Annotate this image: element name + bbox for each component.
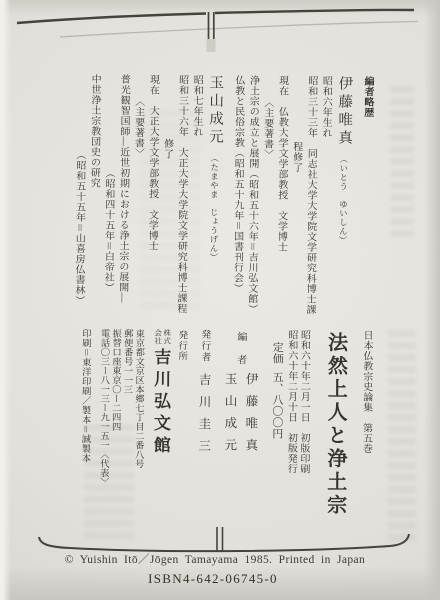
editor2-education: 昭和三十六年 大正大学大学院文学研究科博士課程	[173, 74, 189, 322]
price-value: 五、八〇〇円	[271, 364, 283, 439]
publisher-person-name: 吉川圭三	[197, 363, 212, 461]
editor2-work-1-cont: （昭和四十五年＝白帝社）	[100, 74, 116, 322]
editor2-work-2: 中世浄土宗教団史の研究	[86, 74, 102, 322]
publisher-name: 吉川弘文館	[151, 345, 171, 458]
colophon-section: 日本仏教宗史論集 第五巻 法然上人と浄土宗 昭和六十年二月一日 初版印刷 昭和六…	[76, 328, 372, 524]
ghost-showthrough	[388, 330, 416, 542]
publisher-office-block: 発行所 株式会社吉川弘文館	[147, 329, 187, 523]
editor1-name-column: 伊藤唯真（いとう ゆいしん）	[331, 76, 355, 324]
postal-transfer-account: 振替口座東京〇ー二四四	[108, 329, 121, 523]
book-colophon-photo: 編者略歴 伊藤唯真（いとう ゆいしん） 昭和六年生れ 昭和三十三年 同志社大学大…	[0, 0, 440, 600]
editor2-name-column: 玉山成元（たまやま じょうげん）	[202, 75, 226, 323]
editor1-furigana: （いとう ゆいしん）	[338, 148, 349, 245]
postal-code: 郵便番号一一三	[119, 329, 132, 523]
editor2-position: 現在 大正大学文学部教授 文学博士	[144, 74, 160, 322]
editor2-name: 玉山成元	[207, 75, 224, 147]
publisher-address: 東京都文京区本郷七丁目二番八号	[131, 329, 144, 523]
editor1-work-1: 浄土宗の成立と展開（昭和五十六年＝吉川弘文館）	[244, 75, 260, 323]
isbn-line: ISBN4-642-06745-0	[0, 571, 426, 587]
editors-group: 編者 伊藤唯真 玉山成元	[219, 329, 260, 523]
editor1-work-2: 仏教と民俗宗教（昭和五十九年＝国書刊行会）	[229, 75, 245, 323]
top-rule	[0, 0, 440, 60]
publisher-person-column: 発行者吉川圭三	[193, 329, 214, 523]
printing-binding-credit: 印刷＝東洋印刷／製本＝誠製本	[78, 328, 91, 522]
price: 定価五、八〇〇円	[268, 329, 284, 523]
company-type: 株式会社	[154, 329, 172, 345]
copyright-line: © Yuishin Itō／Jōgen Tamayama 1985. Print…	[0, 551, 430, 567]
first-print-date: 昭和六十年二月一日 初版印刷	[296, 330, 310, 524]
editor2-born: 昭和七年生れ	[188, 75, 204, 323]
editor1-name: 伊藤唯真	[336, 76, 353, 148]
editor-bio-section: 編者略歴 伊藤唯真（いとう ゆいしん） 昭和六年生れ 昭和三十三年 同志社大学大…	[70, 74, 374, 324]
colophon-editor-name-2: 玉山成元	[219, 372, 239, 523]
editor2-works-label: 〈主要著書〉	[129, 74, 145, 322]
publisher-person-label: 発行者	[199, 329, 210, 363]
book-title: 法然上人と浄土宗	[319, 330, 350, 524]
price-label: 定価	[271, 341, 283, 364]
editor2-work-1: 普光観智国師―近世初期における浄土宗の展開―	[115, 74, 131, 322]
editor1-position: 現在 仏教大学文学部教授 文学博士	[273, 75, 289, 323]
editor1-education-cont: 程修了	[288, 75, 304, 323]
series-title: 日本仏教宗史論集 第五巻	[358, 330, 372, 524]
bio-header: 編者略歴	[358, 76, 374, 324]
editor2-education-cont: 修了	[159, 74, 175, 322]
editor2-furigana: （たまやま じょうげん）	[209, 147, 220, 262]
colophon-editor-name-1: 伊藤唯真	[240, 372, 260, 523]
editor1-education: 昭和三十三年 同志社大学大学院文学研究科博士課	[302, 75, 318, 323]
editor1-born: 昭和六年生れ	[317, 76, 333, 324]
first-issue-date: 昭和六十年二月十日 初版発行	[283, 330, 297, 524]
publisher-office-label: 発行所	[174, 329, 187, 523]
phone-number: 電話〇三ー八一三ー九一五一〈代表〉	[96, 329, 109, 523]
editor2-work-2-cont: （昭和五十五年＝山喜房仏書林）	[71, 74, 87, 322]
company-type-2: 会社	[154, 329, 163, 345]
ghost-showthrough	[390, 86, 414, 240]
editor1-works-label: 〈主要著書〉	[258, 75, 274, 323]
publisher-name-column: 株式会社吉川弘文館	[147, 329, 173, 523]
company-type-1: 株式	[163, 329, 172, 345]
editor-role-label: 編者	[234, 331, 247, 377]
